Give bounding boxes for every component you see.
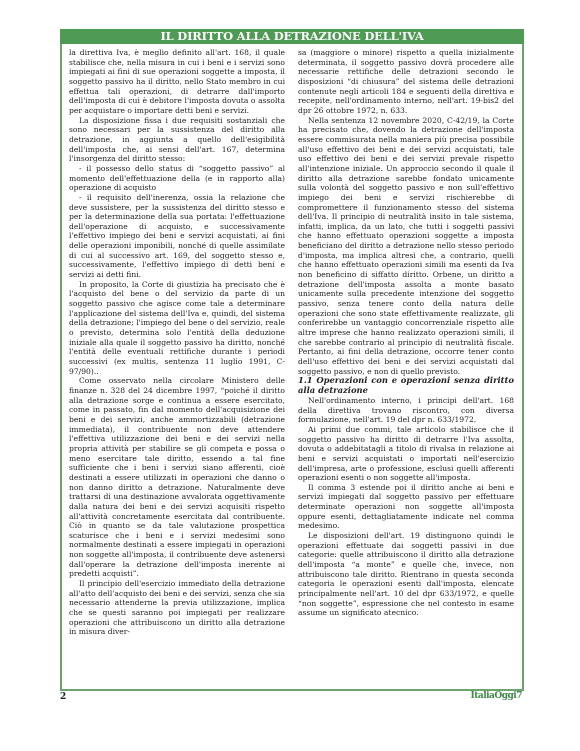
paragraph: Il comma 3 estende poi il diritto anche …	[298, 483, 514, 531]
left-column: la direttiva Iva, è meglio definito all'…	[69, 48, 285, 637]
article-frame: la direttiva Iva, è meglio definito all'…	[60, 44, 524, 691]
paragraph: Nella sentenza 12 novembre 2020, C-42/19…	[298, 116, 514, 377]
list-item: - il requisito dell'inerenza, ossia la r…	[69, 193, 285, 280]
paragraph: Le disposizioni dell'art. 19 distinguono…	[298, 531, 514, 618]
paragraph: sa (maggiore o minore) rispetto a quella…	[298, 48, 514, 116]
page-number: 2	[60, 692, 66, 702]
paragraph: Nell'ordinamento interno, i principi del…	[298, 396, 514, 425]
paragraph: Ai primi due commi, tale articolo stabil…	[298, 425, 514, 483]
page-header-title: IL DIRITTO ALLA DETRAZIONE DELL'IVA	[160, 29, 423, 43]
section-heading: 1.1 Operazioni con e operazioni senza di…	[298, 376, 514, 396]
paragraph: In proposito, la Corte di giustizia ha p…	[69, 280, 285, 377]
paragraph: La disposizione fissa i due requisiti so…	[69, 116, 285, 164]
list-item: - il possesso dello status di “soggetto …	[69, 164, 285, 193]
publication-logo: ItaliaOggi7	[462, 691, 522, 701]
page-header: IL DIRITTO ALLA DETRAZIONE DELL'IVA	[60, 29, 524, 44]
paragraph: Il principio dell'esercizio immediato de…	[69, 579, 285, 637]
right-column: sa (maggiore o minore) rispetto a quella…	[298, 48, 514, 618]
paragraph: la direttiva Iva, è meglio definito all'…	[69, 48, 285, 116]
paragraph: Come osservato nella circolare Ministero…	[69, 376, 285, 579]
